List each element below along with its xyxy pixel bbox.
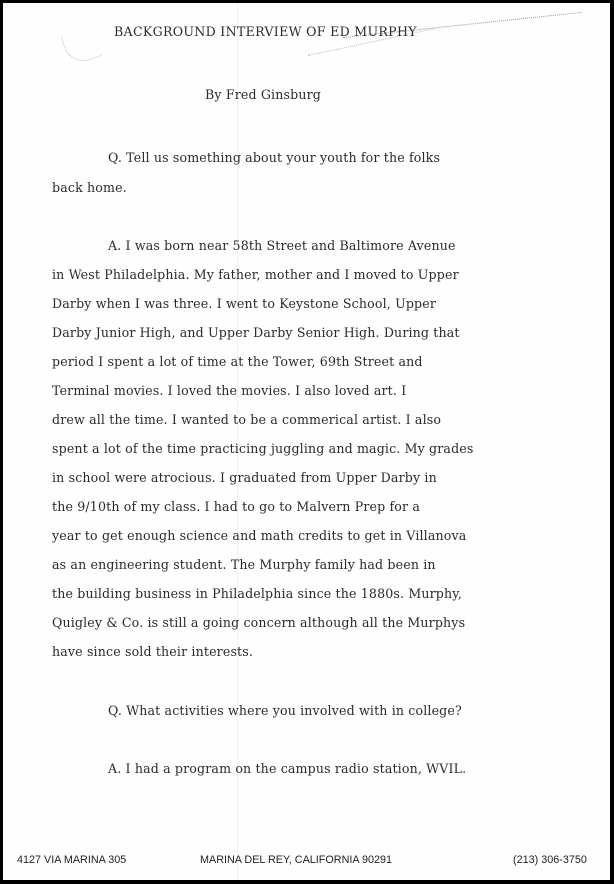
answer-line: Quigley & Co. is still a going concern a… <box>52 615 465 630</box>
answer-line: in school were atrocious. I graduated fr… <box>52 470 437 485</box>
footer-phone: (213) 306-3750 <box>513 854 587 866</box>
footer-city: MARINA DEL REY, CALIFORNIA 90291 <box>200 854 392 866</box>
margin-smudge <box>61 26 103 66</box>
answer-line: the building business in Philadelphia si… <box>52 586 462 601</box>
byline: By Fred Ginsburg <box>205 87 321 102</box>
answer-line: in West Philadelphia. My father, mother … <box>52 267 459 282</box>
answer-line: year to get enough science and math cred… <box>52 528 466 543</box>
answer-line: Terminal movies. I loved the movies. I a… <box>52 383 406 398</box>
answer-line: A. I had a program on the campus radio s… <box>108 761 466 776</box>
footer-address: 4127 VIA MARINA 305 <box>17 854 126 866</box>
question-line: Q. What activities where you involved wi… <box>108 703 462 718</box>
answer-line: drew all the time. I wanted to be a comm… <box>52 412 441 427</box>
question-line: back home. <box>52 180 127 195</box>
answer-line: Darby Junior High, and Upper Darby Senio… <box>52 325 460 340</box>
answer-line: spent a lot of the time practicing juggl… <box>52 441 474 456</box>
answer-line: as an engineering student. The Murphy fa… <box>52 557 436 572</box>
answer-line: have since sold their interests. <box>52 644 253 659</box>
question-line: Q. Tell us something about your youth fo… <box>108 150 440 165</box>
answer-line: the 9/10th of my class. I had to go to M… <box>52 499 420 514</box>
answer-line: period I spent a lot of time at the Towe… <box>52 354 423 369</box>
document-title: BACKGROUND INTERVIEW OF ED MURPHY <box>114 24 417 39</box>
answer-line: Darby when I was three. I went to Keysto… <box>52 296 436 311</box>
answer-line: A. I was born near 58th Street and Balti… <box>108 238 456 253</box>
document-page: BACKGROUND INTERVIEW OF ED MURPHY By Fre… <box>3 3 610 880</box>
